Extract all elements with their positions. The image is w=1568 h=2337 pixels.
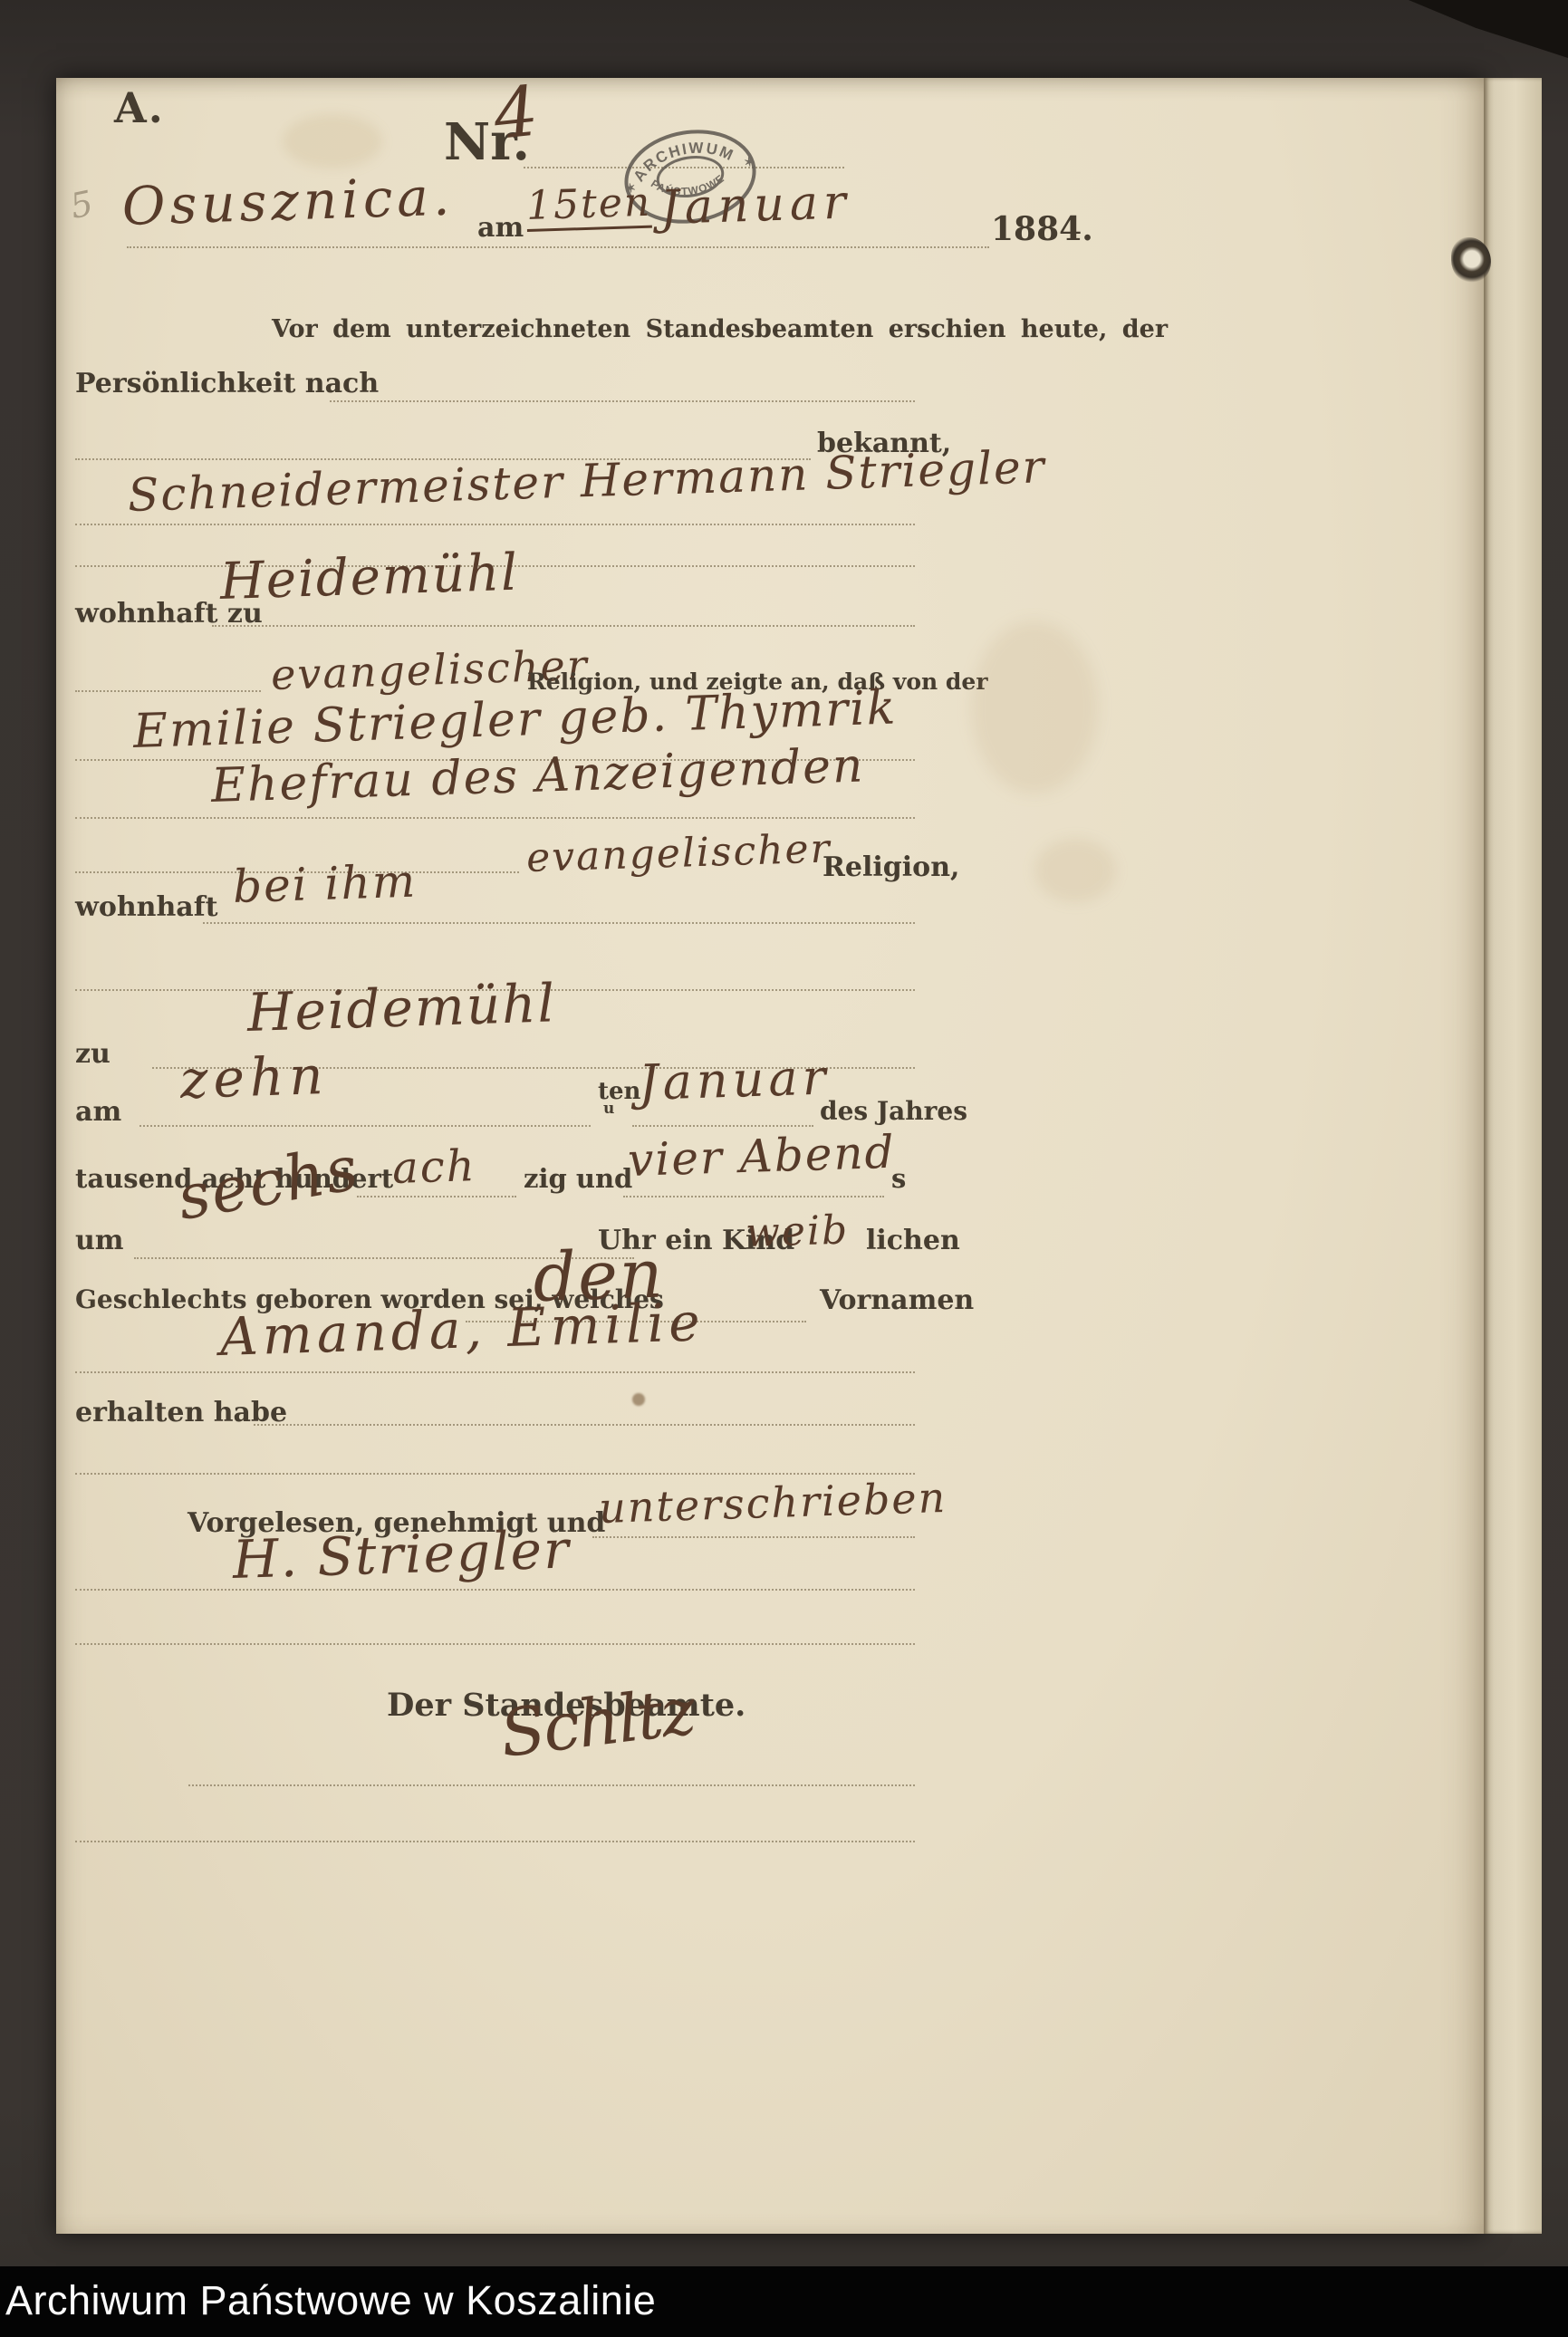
form-ten-label: ten u (598, 1078, 640, 1105)
form-corner-letter: A. (114, 83, 165, 132)
entry-birth-day: zehn (179, 1044, 330, 1111)
dotted-line (188, 1784, 915, 1786)
paper-stain (283, 114, 382, 168)
scan-canvas: A. 5 Nr. 4 ARCHIWUM PAŃSTWOWE ✶ (0, 0, 1568, 2337)
form-vornamen: Vornamen (820, 1284, 974, 1316)
dotted-line (623, 1196, 884, 1197)
dotted-line (75, 817, 915, 819)
entry-hour: sechs (172, 1132, 365, 1235)
form-des-jahres: des Jahres (820, 1096, 967, 1126)
entry-birth-place: Heidemühl (246, 972, 557, 1043)
dotted-line (75, 1841, 915, 1842)
archive-footer-bar: Archiwum Państwowe w Koszalinie (0, 2266, 1568, 2337)
dotted-line (330, 400, 915, 402)
document-page: A. 5 Nr. 4 ARCHIWUM PAŃSTWOWE ✶ (56, 78, 1484, 2234)
form-am-label: am (477, 212, 524, 244)
dotted-line (75, 1473, 915, 1475)
dotted-line (75, 1371, 915, 1373)
dotted-line (127, 246, 989, 248)
dotted-line (212, 625, 915, 627)
form-zig-und: zig und (524, 1163, 632, 1194)
declarant-signature: H. Striegler (232, 1518, 572, 1591)
entry-units-daytime: vier Abend (627, 1126, 896, 1187)
dotted-line (254, 1424, 915, 1426)
entry-wohnhaft-value: bei ihm (232, 855, 418, 913)
form-ten-alt: u (603, 1100, 614, 1118)
dotted-line (632, 1125, 813, 1127)
entry-religion-2: evangelischer (525, 825, 832, 881)
background-corner-shadow (1409, 0, 1568, 58)
form-preamble: Vor dem unterzeichneten Standesbeamten e… (272, 315, 1168, 343)
dotted-line (75, 1589, 915, 1591)
archive-name-label: Archiwum Państwowe w Koszalinie (5, 2266, 1568, 2335)
entry-unterschrieben: unterschrieben (598, 1473, 948, 1533)
dotted-line (75, 690, 261, 692)
dotted-line (75, 1643, 915, 1645)
form-wohnhaft: wohnhaft (75, 891, 217, 923)
paper-stain (971, 621, 1098, 793)
form-year: 1884. (991, 210, 1093, 248)
entry-number: 4 (490, 70, 544, 155)
dotted-line (75, 524, 915, 525)
dotted-line (203, 922, 915, 924)
form-zu: zu (75, 1038, 111, 1070)
entry-place: Osusznica. (121, 166, 455, 237)
entry-birth-month: Januar (638, 1048, 831, 1111)
stamp-star-icon: ✶ (743, 154, 755, 170)
entry-decade: ach (391, 1140, 476, 1194)
ink-blot (1451, 237, 1491, 283)
form-religion-2: Religion, (822, 851, 959, 883)
dotted-line (357, 1196, 516, 1197)
dotted-line (592, 1536, 915, 1538)
form-lichen: lichen (866, 1225, 960, 1256)
form-s-suffix: s (891, 1163, 906, 1194)
pencil-annotation: 5 (67, 183, 97, 226)
dotted-line (139, 1125, 591, 1127)
form-persoenlichkeit: Persönlichkeit nach (75, 368, 379, 399)
next-page-edge (1484, 78, 1542, 2234)
ink-speck (632, 1393, 645, 1406)
entry-residence: Heidemühl (219, 543, 520, 611)
entry-day: 15ten (525, 179, 652, 232)
form-um: um (75, 1225, 124, 1256)
form-am2: am (75, 1096, 121, 1128)
paper-stain (1034, 839, 1116, 902)
entry-declarant: Schneidermeister Hermann Striegler (127, 440, 1046, 522)
entry-gender: weib (745, 1207, 849, 1256)
entry-month: Januar (659, 175, 851, 236)
